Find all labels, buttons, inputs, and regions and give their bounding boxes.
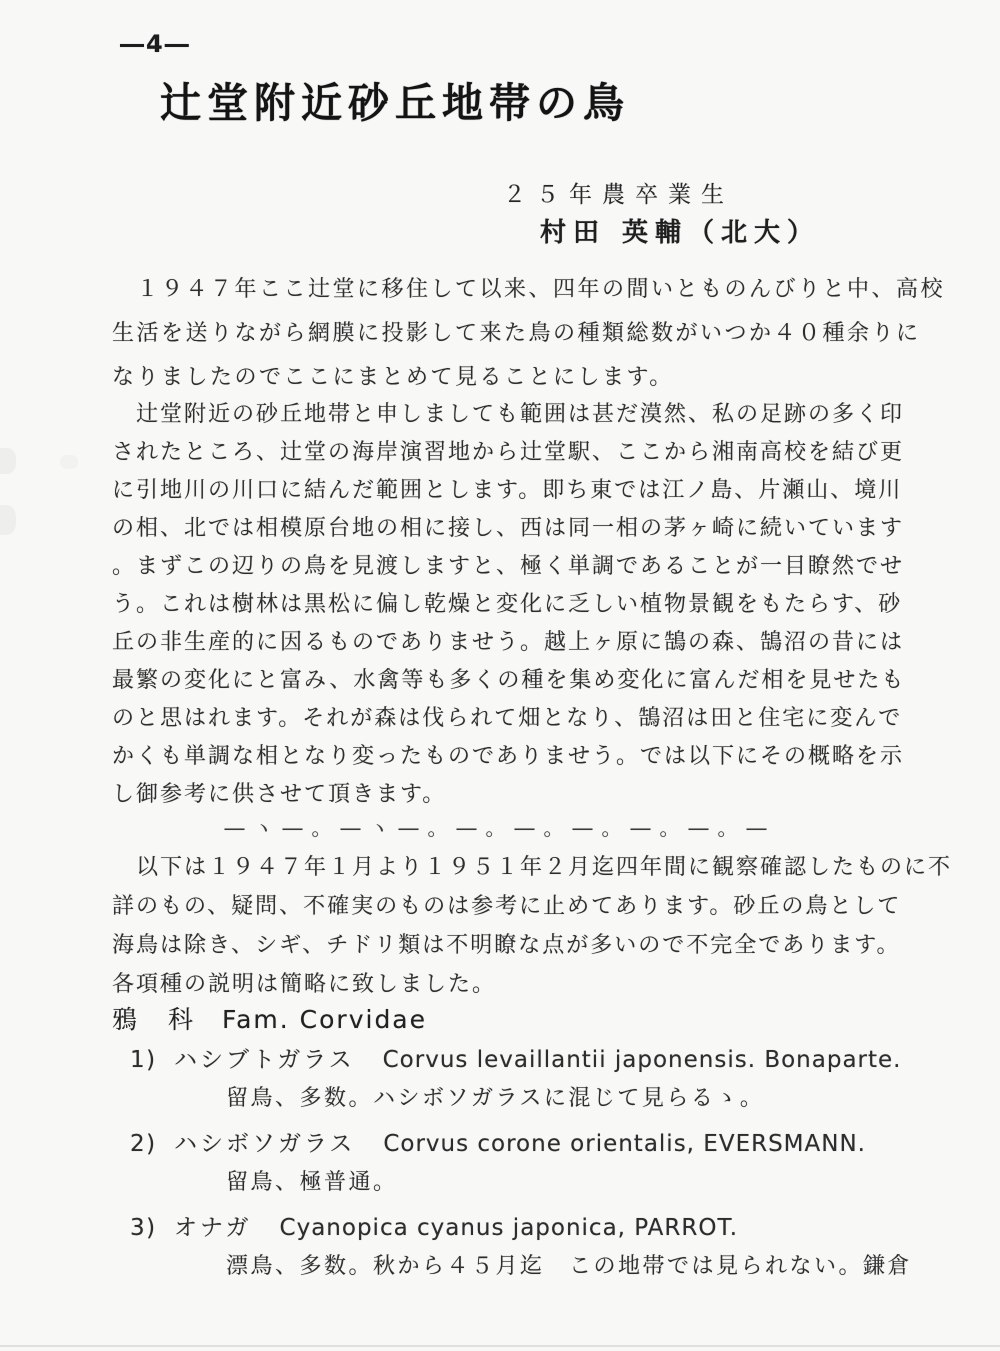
species-name-ja: オナガ (174, 1215, 252, 1241)
paragraph-survey-area: 辻堂附近の砂丘地帯と申しましても範囲は甚だ漠然、私の足跡の多く印されたところ、辻… (112, 396, 917, 814)
text-line: に引地川の川口に結んだ範囲とします。即ち東では江ノ島、片瀬山、境川 (112, 472, 917, 510)
document-title: 辻堂附近砂丘地帯の鳥 (160, 70, 630, 129)
species-list: 1)ハシブトガラスCorvus levaillantii japonensis.… (130, 1040, 970, 1292)
species-entry: 2)ハシボソガラスCorvus corone orientalis, EVERS… (130, 1124, 970, 1202)
species-main-line: 1)ハシブトガラスCorvus levaillantii japonensis.… (130, 1040, 970, 1080)
text-line: 丘の非生産的に因るものでありませう。越上ヶ原に鵠の森、鵠沼の昔には (112, 624, 917, 662)
species-number: 1) (130, 1040, 174, 1080)
text-line: の相、北では相模原台地の相に接し、西は同一相の茅ヶ崎に続いています (112, 510, 917, 548)
text-line: し御参考に供させて頂きます。 (112, 776, 917, 814)
species-number: 2) (130, 1124, 174, 1164)
species-entry: 1)ハシブトガラスCorvus levaillantii japonensis.… (130, 1040, 970, 1118)
scan-artifact (0, 448, 16, 474)
scan-artifact (0, 505, 16, 535)
text-line: 最繁の変化にと富み、水禽等も多くの種を集め変化に富んだ相を見せたも (112, 662, 917, 700)
page-number: ―4― (120, 30, 191, 58)
text-line: 生活を送りながら網膜に投影して来た鳥の種類総数がいつか４０種余りに (112, 312, 917, 356)
text-line: されたところ、辻堂の海岸演習地から辻堂駅、ここから湘南高校を結び更 (112, 434, 917, 472)
text-line: なりましたのでここにまとめて見ることにします。 (112, 356, 917, 400)
family-heading: 鴉 科Fam. Corvidae (112, 1000, 427, 1036)
species-number: 3) (130, 1208, 174, 1248)
scan-artifact (60, 455, 78, 469)
species-name-ja: ハシボソガラス (174, 1131, 355, 1157)
family-name-ja: 鴉 科 (112, 1005, 196, 1034)
species-main-line: 3)オナガCyanopica cyanus japonica, PARROT. (130, 1208, 970, 1248)
text-line: 海鳥は除き、シギ、チドリ類は不明瞭な点が多いので不完全であります。 (112, 926, 917, 965)
text-line: 。まずこの辺りの鳥を見渡しますと、極く単調であることが一目瞭然でせ (112, 548, 917, 586)
text-line: う。これは樹林は黒松に偏し乾燥と変化に乏しい植物景観をもたらす、砂 (112, 586, 917, 624)
text-line: 詳のもの、疑問、不確実のものは参考に止めてあります。砂丘の鳥として (112, 887, 917, 926)
byline-author: 村田 英輔（北大） (540, 212, 820, 249)
paragraph-survey-scope: 以下は１９４７年１月より１９５１年２月迄四年間に観察確認したものに不詳のもの、疑… (112, 848, 917, 1004)
byline-class-year: ２５年農卒業生 (503, 176, 734, 209)
species-main-line: 2)ハシボソガラスCorvus corone orientalis, EVERS… (130, 1124, 970, 1164)
species-note: 留鳥、極普通。 (226, 1164, 970, 1202)
section-divider: ―ヽ―。―ヽ―。―。―。―。―。―。― (170, 812, 830, 841)
species-entry: 3)オナガCyanopica cyanus japonica, PARROT. … (130, 1208, 970, 1286)
species-name-scientific: Corvus corone orientalis, EVERSMANN. (383, 1131, 866, 1157)
scan-edge-line (0, 1345, 1000, 1347)
species-note: 漂鳥、多数。秋から４５月迄 この地帯では見られない。鎌倉 (226, 1248, 970, 1286)
species-note: 留鳥、多数。ハシボソガラスに混じて見らるゝ。 (226, 1080, 970, 1118)
species-name-scientific: Corvus levaillantii japonensis. Bonapart… (383, 1047, 902, 1073)
text-line: かくも単調な相となり変ったものでありませう。では以下にその概略を示 (112, 738, 917, 776)
species-name-ja: ハシブトガラス (174, 1047, 355, 1073)
text-line: １９４７年ここ辻堂に移住して以来、四年の間いとものんびりと中、高校 (112, 268, 917, 312)
text-line: 辻堂附近の砂丘地帯と申しましても範囲は甚だ漠然、私の足跡の多く印 (112, 396, 917, 434)
family-name-latin: Fam. Corvidae (222, 1005, 427, 1034)
text-line: 以下は１９４７年１月より１９５１年２月迄四年間に観察確認したものに不 (112, 848, 917, 887)
text-line: のと思はれます。それが森は伐られて畑となり、鵠沼は田と住宅に変んで (112, 700, 917, 738)
text-line: 各項種の説明は簡略に致しました。 (112, 965, 917, 1004)
species-name-scientific: Cyanopica cyanus japonica, PARROT. (280, 1215, 739, 1241)
scanned-document-page: ―4― 辻堂附近砂丘地帯の鳥 ２５年農卒業生 村田 英輔（北大） １９４７年ここ… (0, 0, 1000, 1351)
paragraph-intro: １９４７年ここ辻堂に移住して以来、四年の間いとものんびりと中、高校生活を送りなが… (112, 268, 917, 400)
